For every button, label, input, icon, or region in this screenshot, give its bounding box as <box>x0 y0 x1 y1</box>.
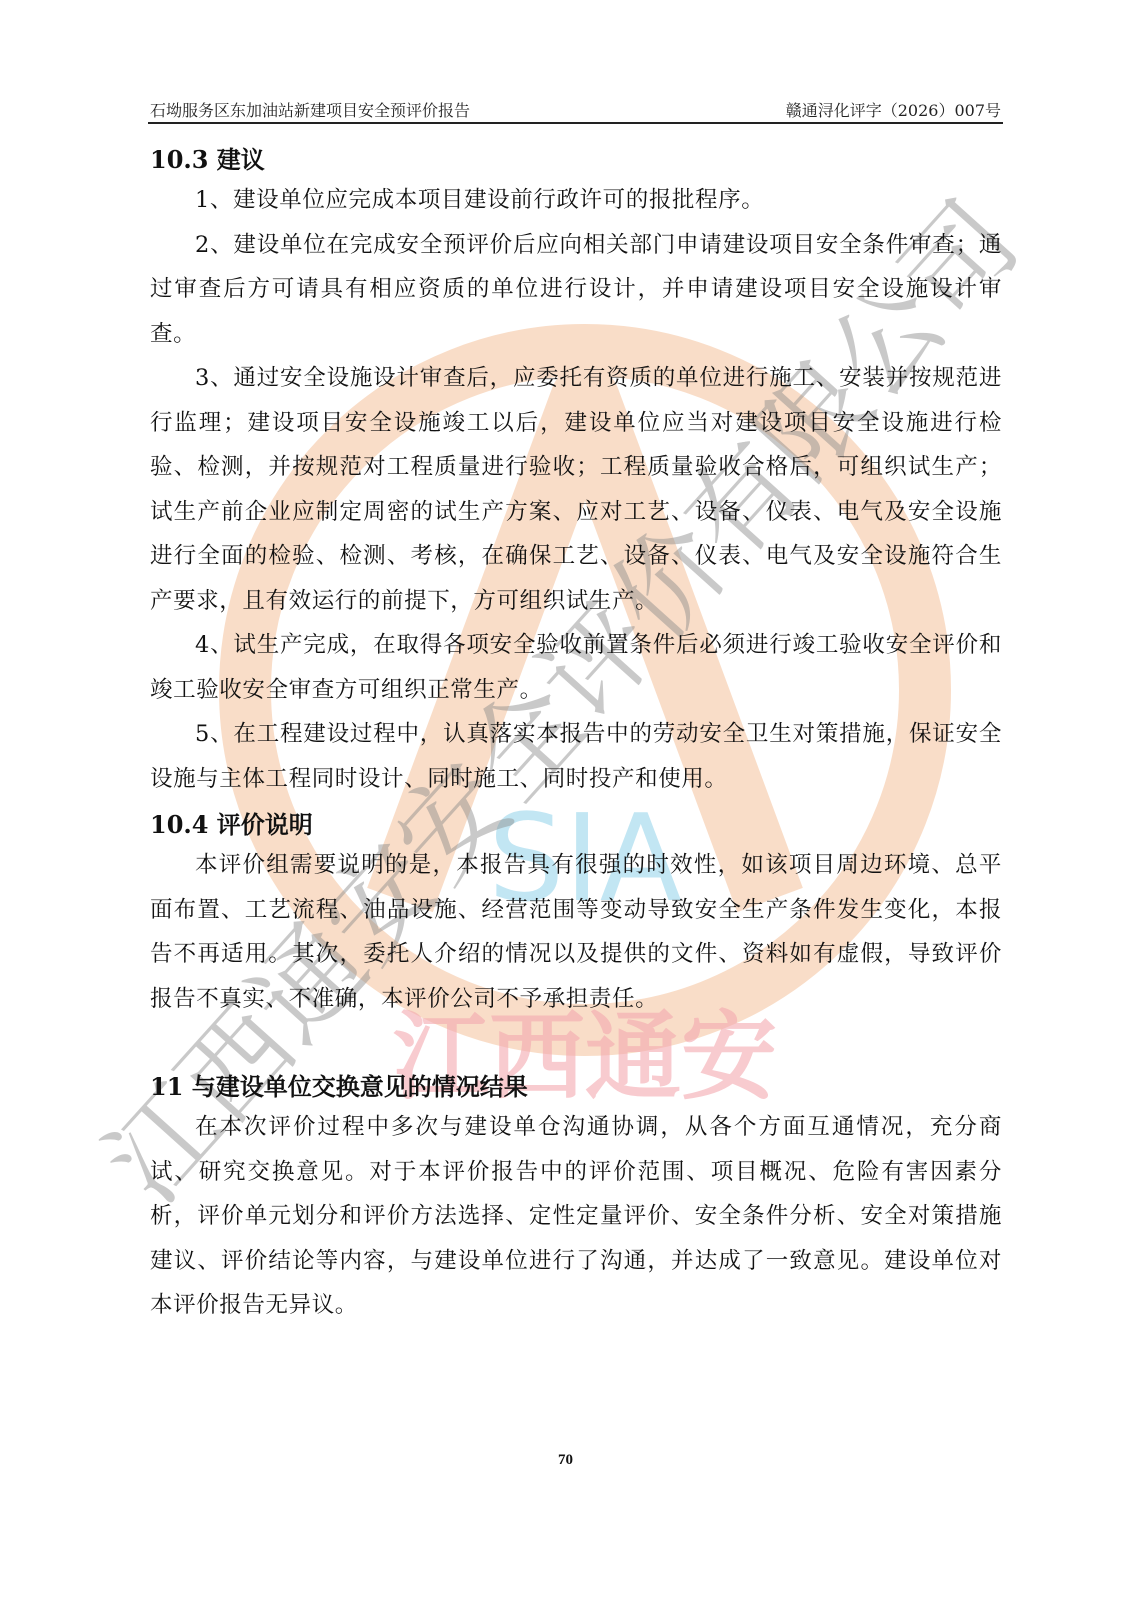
section-heading-10-3: 10.3 建议 <box>150 142 1002 178</box>
header-report-title: 石坳服务区东加油站新建项目安全预评价报告 <box>150 98 470 121</box>
document-page: SIA 江西通安 江西通安安全评价有限公司 石坳服务区东加油站新建项目安全预评价… <box>0 0 1131 1600</box>
page-number: 70 <box>0 1452 1131 1469</box>
recommendation-3: 3、通过安全设施设计审查后，应委托有资质的单位进行施工、安装并按规范进行监理；建… <box>150 356 1002 623</box>
recommendation-4: 4、试生产完成，在取得各项安全验收前置条件后必须进行竣工验收安全评价和竣工验收安… <box>150 623 1002 712</box>
section-heading-10-4: 10.4 评价说明 <box>150 807 1002 843</box>
recommendation-5: 5、在工程建设过程中，认真落实本报告中的劳动安全卫生对策措施，保证安全设施与主体… <box>150 712 1002 801</box>
section-heading-11: 11 与建设单位交换意见的情况结果 <box>150 1069 1002 1105</box>
opinion-exchange-paragraph: 在本次评价过程中多次与建设单仓沟通协调，从各个方面互通情况，充分商试、研究交换意… <box>150 1105 1002 1328</box>
page-content: 10.3 建议 1、建设单位应完成本项目建设前行政许可的报批程序。 2、建设单位… <box>150 140 1002 1328</box>
evaluation-note-paragraph: 本评价组需要说明的是，本报告具有很强的时效性，如该项目周边环境、总平面布置、工艺… <box>150 843 1002 1021</box>
recommendation-2: 2、建设单位在完成安全预评价后应向相关部门申请建设项目安全条件审查；通过审查后方… <box>150 223 1002 357</box>
recommendation-1: 1、建设单位应完成本项目建设前行政许可的报批程序。 <box>150 178 1002 223</box>
header-document-number: 赣通浔化评字（2026）007号 <box>786 98 1001 121</box>
running-header: 石坳服务区东加油站新建项目安全预评价报告 赣通浔化评字（2026）007号 <box>148 96 1003 124</box>
